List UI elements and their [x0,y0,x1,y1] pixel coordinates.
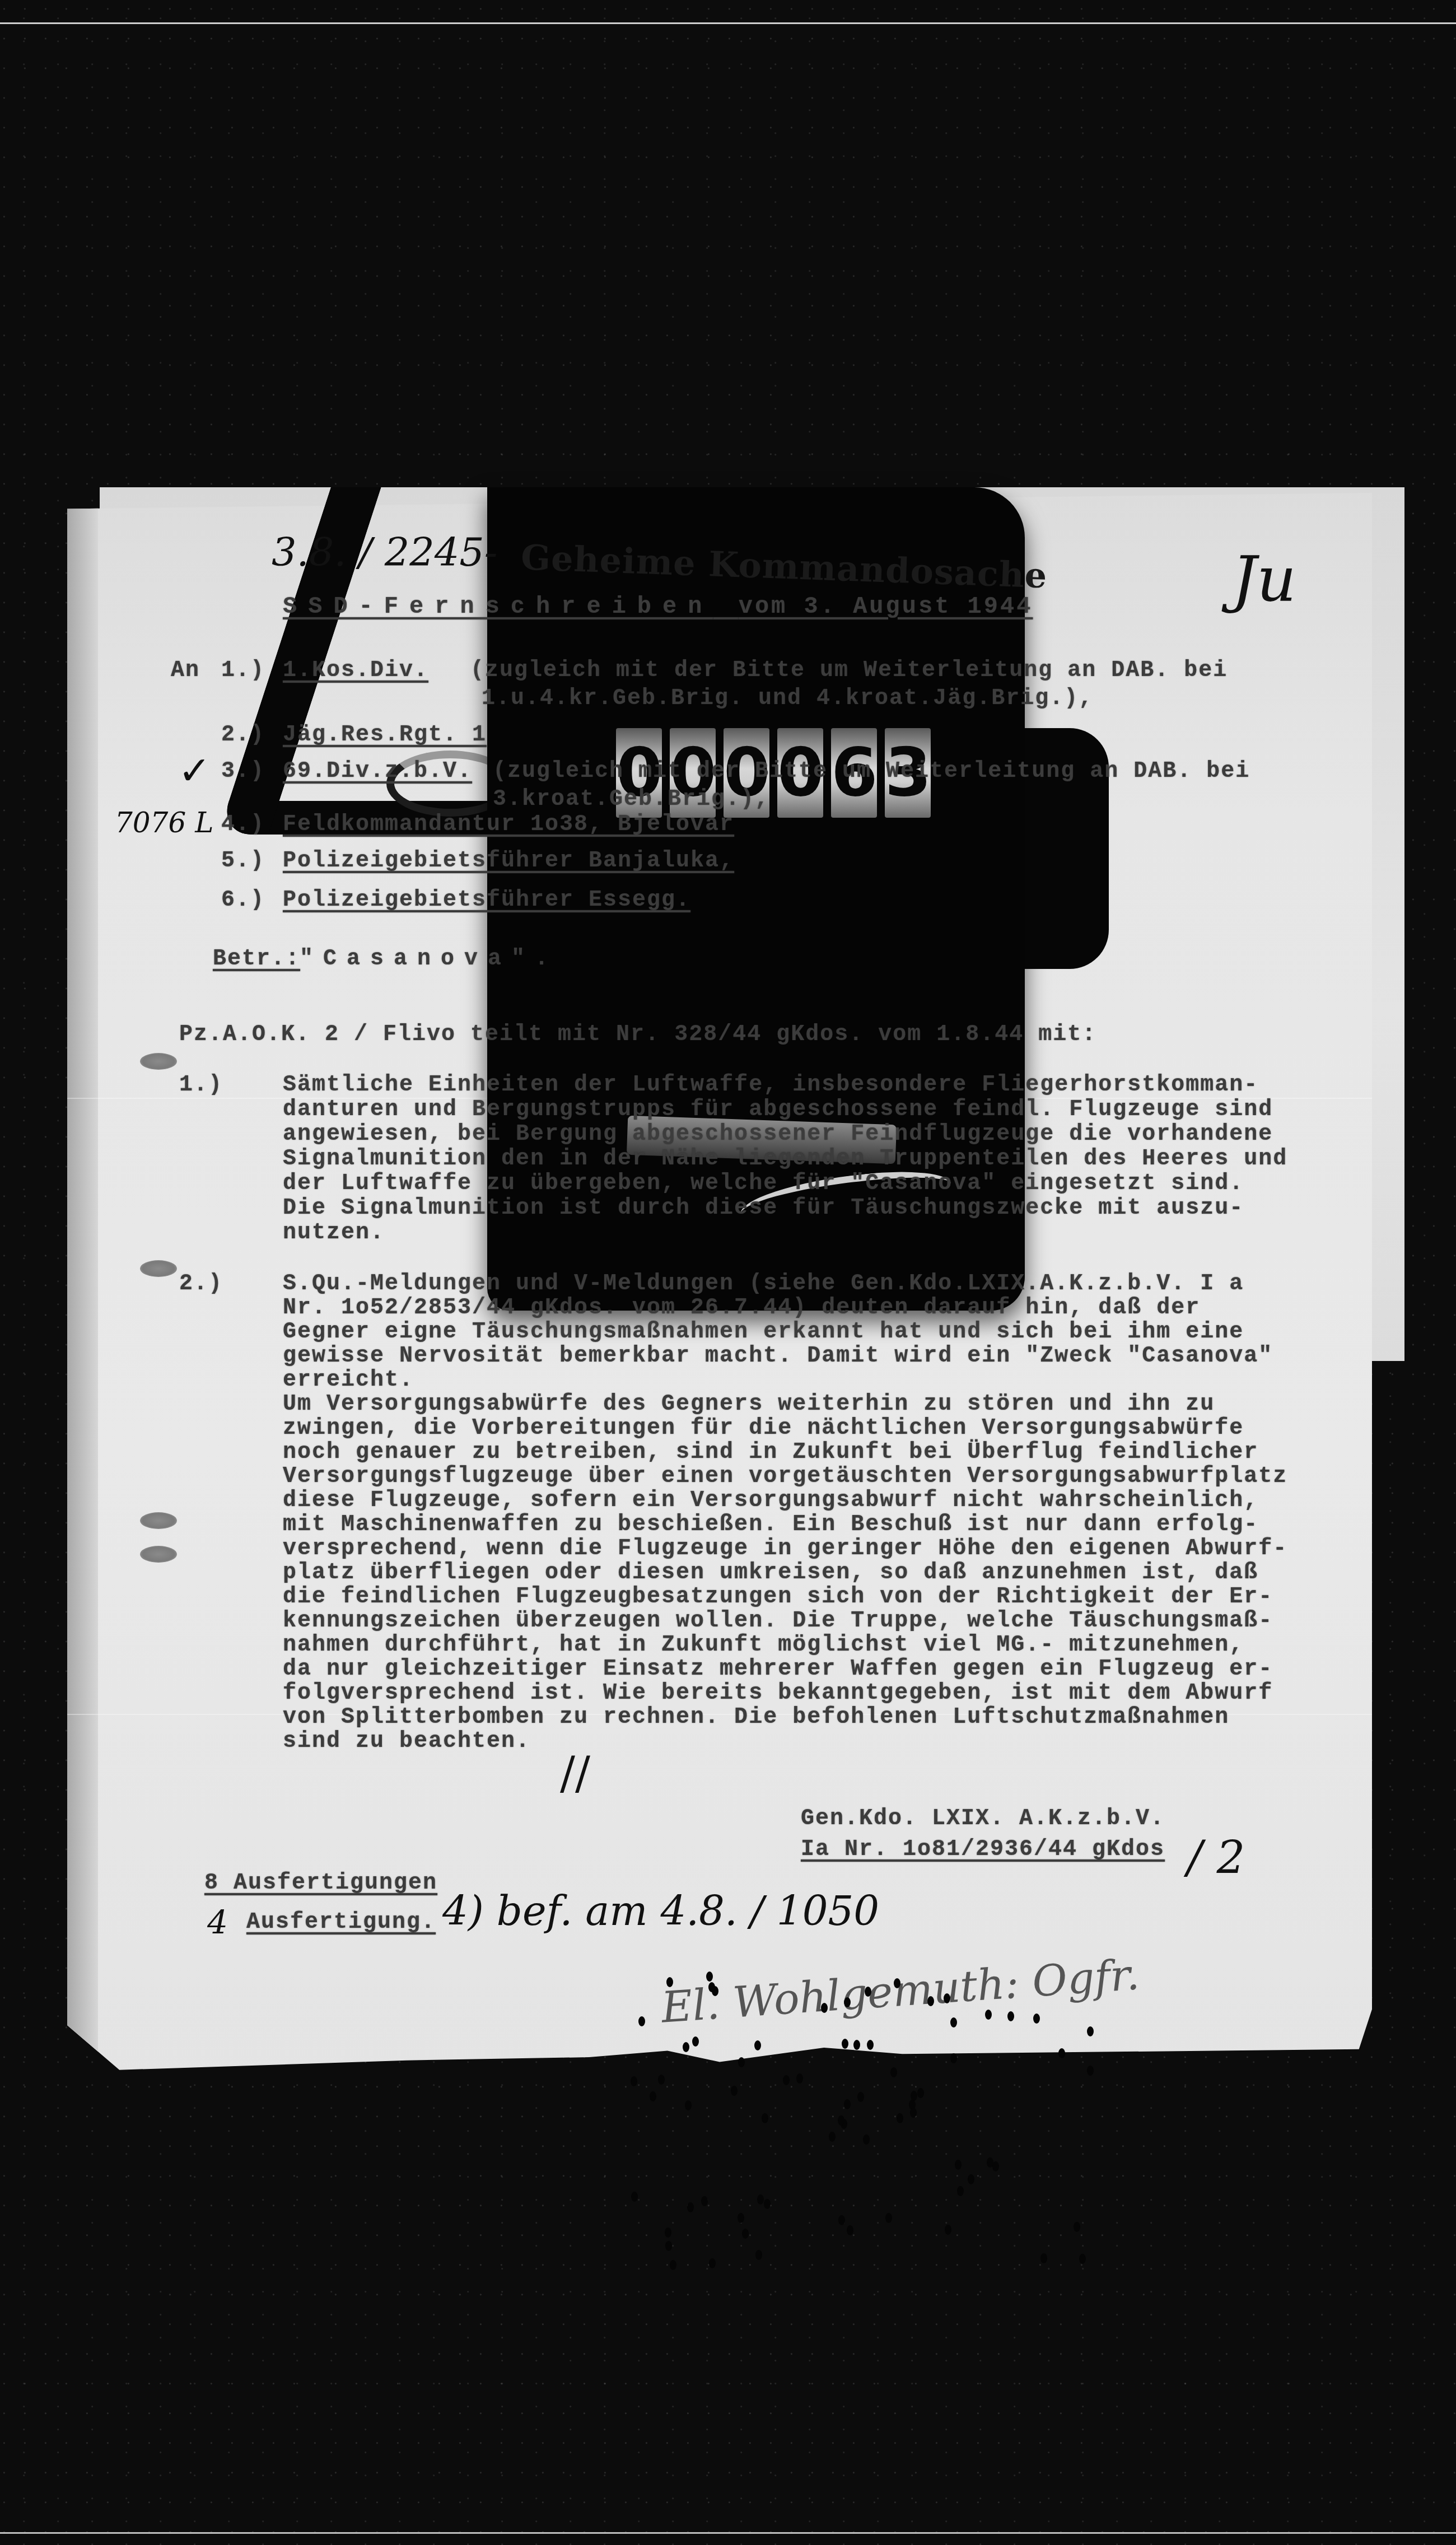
paragraph-line: diese Flugzeuge, sofern ein Versorgungsa… [283,1488,1258,1514]
punch-hole [140,1546,177,1563]
punch-hole [140,1053,177,1070]
punch-hole [140,1512,177,1529]
paragraph-line: zwingen, die Vorbereitungen für die näch… [283,1416,1244,1442]
punch-hole [140,1260,177,1277]
signature-line-2: Ia Nr. 1o81/2936/44 gKdos [801,1837,1165,1863]
recipient-note: (zugleich mit der Bitte um Weiterleitung… [470,658,1228,684]
paragraph-line: gewisse Nervosität bemerkbar macht. Dami… [283,1344,1273,1369]
check-mark: ✓ [178,748,211,794]
paragraph-line: Um Versorgungsabwürfe des Gegners weiter… [283,1392,1215,1418]
signature-line-1: Gen.Kdo. LXIX. A.K.z.b.V. [801,1806,1165,1832]
paragraph-line: der Luftwaffe zu übergeben, welche für "… [283,1171,1244,1197]
paragraph-line: noch genauer zu betreiben, sind in Zukun… [283,1440,1258,1466]
recipient-num: 5.) [221,849,265,874]
handwritten-mark: / 2 [1187,1831,1245,1884]
recipient-unit: Polizeigebietsführer Banjaluka, [283,849,734,874]
film-edge-bottom [0,2532,1456,2534]
paragraph-line: die feindlichen Flugzeugbesatzungen sich… [283,1584,1273,1610]
paragraph-line: angewiesen, bei Bergung abgeschossener F… [283,1122,1273,1148]
recipient-num: 2.) [221,723,265,748]
handwritten-dispatch-note: 4) bef. am 4.8. / 1050 [442,1887,879,1935]
paragraph-line: kennungszeichen überzeugen wollen. Die T… [283,1609,1273,1634]
paragraph-line: mit Maschinenwaffen zu beschießen. Ein B… [283,1512,1258,1538]
recipient-unit: 1.Kos.Div. [283,658,428,684]
paragraph-line: danturen und Bergungstrupps für abgescho… [283,1097,1273,1123]
recipient-note: 3.kroat.Geb.Brig.), [493,787,769,813]
body-intro: Pz.A.O.K. 2 / Flivo teilt mit Nr. 328/44… [179,1022,1096,1048]
recipient-note: 1.u.4.kr.Geb.Brig. und 4.kroat.Jäg.Brig.… [482,686,1093,712]
paragraph-line: von Splitterbomben zu rechnen. Die befoh… [283,1705,1229,1731]
paragraph-line: erreicht. [283,1368,414,1393]
subject-value: "Casanova". [300,947,558,972]
document-title: SSD-Fernschreiben vom 3. August 1944 [283,594,1033,619]
recipient-num: 3.) [221,759,265,785]
recipient-num: 1.) [221,658,265,684]
recipient-unit: Jäg.Res.Rgt. 1 [283,723,487,748]
paragraph-line: Signalmunition den in der Nähe liegenden… [283,1146,1287,1172]
paragraph-line: Die Signalmunition ist durch diese für T… [283,1196,1244,1222]
handwritten-end-mark: // [560,1747,590,1800]
copy-number: 4 [207,1903,228,1941]
handwritten-margin-note: 7076 L [115,807,213,839]
perforation-dots [627,1971,1131,2280]
paragraph-line: da nur gleichzeitiger Einsatz mehrerer W… [283,1657,1273,1682]
handwritten-initials: Ju [1232,543,1296,615]
paragraph-line: nahmen durchführt, hat in Zukunft möglic… [283,1633,1244,1658]
paragraph-line: versprechend, wenn die Flugzeuge in geri… [283,1536,1287,1562]
copy-label: Ausfertigung. [246,1910,436,1936]
recipients-intro: An [171,658,200,684]
paragraph-line: folgversprechend ist. Wie bereits bekann… [283,1681,1273,1707]
point-number: 2.) [179,1271,223,1297]
recipient-num: 4.) [221,812,265,838]
copies-total: 8 Ausfertigungen [204,1871,437,1896]
recipient-num: 6.) [221,888,265,913]
recipient-unit: Feldkommandantur 1o38, Bjelovar [283,812,734,838]
paragraph-line: Nr. 1o52/2853/44 gKdos. vom 26.7.44) deu… [283,1295,1200,1321]
paragraph-line: sind zu beachten. [283,1729,530,1755]
film-edge-top [0,22,1456,24]
point-number: 1.) [179,1073,223,1098]
paragraph-line: S.Qu.-Meldungen und V-Meldungen (siehe G… [283,1271,1244,1297]
subject-label: Betr.: [213,947,300,972]
paragraph-line: Gegner eigne Täuschungsmaßnahmen erkannt… [283,1320,1244,1345]
paragraph-line: nutzen. [283,1220,385,1246]
paragraph-line: Sämtliche Einheiten der Luftwaffe, insbe… [283,1073,1258,1098]
recipient-note: (zugleich mit der Bitte um Weiterleitung… [493,759,1250,785]
recipient-unit: 69.Div.z.b.V. [283,759,472,785]
recipient-unit: Polizeigebietsführer Essegg. [283,888,690,913]
handwritten-reference: 3.8. / 2245- [272,529,497,575]
paragraph-line: platz überfliegen oder diesen umkreisen,… [283,1560,1258,1586]
paragraph-line: Versorgungsflugzeuge über einen vorgetäu… [283,1464,1287,1490]
